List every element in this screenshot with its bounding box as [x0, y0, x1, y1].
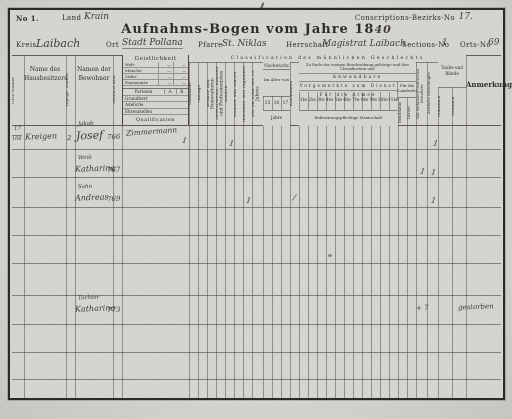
- tally-mark: 1: [245, 196, 251, 206]
- form-sheet: No 1. Land Krain Conscriptions-Bezirks-N…: [8, 8, 505, 400]
- pfarre-label: Pfarre: [198, 41, 223, 49]
- col-zusammen: Zusammen: [290, 64, 299, 123]
- taube-blinde-title: Taube und Blinde: [438, 62, 466, 88]
- topo-number: 2: [67, 134, 72, 142]
- tally-sum: + 7: [416, 304, 429, 312]
- col-maennlich: Männlich: [438, 90, 452, 123]
- resident-name: Andreas: [75, 192, 109, 202]
- parteien-table: Parteien A. B. Grundherr Adeliche Ehrens…: [123, 88, 188, 115]
- col-geburts-zeit: Geburts-Zeit: [113, 60, 122, 120]
- kreis-value: Laibach: [36, 37, 80, 50]
- col-gebrechen: Mit wirklichen Gebrechen Behaftete: [416, 64, 427, 123]
- age-class-cell: 3te: [316, 99, 325, 104]
- scanned-form-page: No 1. Land Krain Conscriptions-Bezirks-N…: [0, 0, 512, 419]
- class-col-haeusler: Häusler und Gärtler: [234, 64, 243, 123]
- resident-relation: Weib: [78, 155, 92, 161]
- resident-relation: Jakob: [78, 121, 94, 128]
- form-title-printed: Aufnahms-Bogen vom Jahre 18: [121, 22, 374, 37]
- col-bewohner: Namen der Bewohner: [75, 65, 113, 83]
- resident-relation: Tochter: [78, 295, 99, 302]
- class-col-beamte: Beamte und Honoratioren: [207, 64, 216, 123]
- geistlichkeit-row-label: Pensionirte: [123, 80, 158, 85]
- dash-value: —: [173, 68, 188, 73]
- nachwuchs-foot: Jahre: [263, 110, 290, 126]
- age-class-cell: 2te: [308, 99, 317, 104]
- tally-mark: 1: [181, 136, 187, 146]
- col-orts-numer: Orts-Numer: [12, 60, 24, 120]
- landwehr-col-diener: Diener: [407, 100, 416, 124]
- class-col-gewerbsleute: Gewerbsleute, Künstler und Professionist…: [216, 64, 225, 123]
- col-topographische-numer: Topogr. Numer: [66, 60, 75, 120]
- dash-value: —: [173, 80, 188, 85]
- sections-value: 1: [442, 38, 448, 48]
- age-class-cell: 7te: [351, 99, 360, 104]
- tally-mark: 1: [419, 167, 425, 177]
- year-cell: 16: [272, 102, 281, 107]
- armee-foot: Rekrutirungspflichtige Mannschaft: [299, 110, 398, 126]
- nachwuchs-box: Nachwuchs Im Alter von: [263, 62, 290, 96]
- orts-no-label: Orts-No: [460, 41, 491, 49]
- dash-value: —: [173, 74, 188, 79]
- dash-value: —: [158, 74, 173, 79]
- resident-number: 766: [107, 133, 121, 141]
- conscription-value: 17.: [459, 12, 473, 22]
- geistlichkeit-title: Geistlichkeit: [123, 55, 188, 62]
- armee-line2: Anwendbare: [299, 74, 416, 82]
- age-class-cell: 6te: [343, 99, 352, 104]
- year-cell: 15: [263, 102, 272, 107]
- parteien-row-label: Ehrenstellen: [123, 109, 164, 114]
- herrschaft-value: Magistrat Laibach: [322, 39, 406, 49]
- land-value: Krain: [84, 12, 109, 22]
- armee-age-classes: 1te 2te 3te 4te 5te 6te 7te 8te 9te 10te…: [299, 92, 398, 110]
- house-number-bottom: 106: [12, 135, 22, 142]
- dash-value: —: [158, 62, 173, 67]
- armee-line1: Zu Ende der vorigen Beschreibung gehörig…: [299, 62, 416, 74]
- geistlichkeit-row-label: Welt-: [123, 62, 158, 67]
- year-cell: 17: [281, 102, 290, 107]
- parteien-row-label: Grundherr: [123, 96, 164, 101]
- armee-line3: Vorgemerkte zum Dienst: [299, 82, 398, 91]
- parteien-row-label: Adeliche: [123, 102, 164, 107]
- class-col-adelige: Adelige: [198, 64, 207, 123]
- nachwuchs-mid: Im Alter von: [263, 70, 290, 82]
- orts-no-value: 69: [488, 38, 499, 48]
- age-class-cell: 9te: [369, 99, 378, 104]
- qualification-label: Qualification: [123, 117, 188, 123]
- tally-mark: 1: [430, 196, 436, 206]
- age-class-cell: 4te: [325, 99, 334, 104]
- age-class-cell: 11te: [388, 99, 398, 104]
- parteien-header: Parteien: [123, 89, 164, 94]
- conscription-label: Conscriptions-Bezirks-No: [355, 14, 455, 22]
- tally-mark: 1: [430, 168, 436, 178]
- resident-number: 769: [107, 195, 121, 203]
- dash-value: —: [158, 68, 173, 73]
- form-title-year: 40: [374, 23, 391, 36]
- col-weiblich: Weiblich: [452, 90, 466, 123]
- kreis-label: Kreis: [16, 41, 37, 49]
- form-title: Aufnahms-Bogen vom Jahre 1840: [10, 22, 503, 37]
- class-col-geistliche: Geistliche: [189, 64, 198, 123]
- class-col-inwohner: Inwohner und Taglöhner: [243, 64, 252, 123]
- resident-name: Josef: [76, 129, 104, 143]
- ort-label: Ort: [106, 41, 119, 49]
- col-b: B.: [176, 89, 188, 94]
- house-number-top: 17: [14, 126, 21, 132]
- dash-value: —: [158, 80, 173, 85]
- geistlichkeit-row: Pensionirte — —: [123, 80, 188, 86]
- ink-blot: [328, 254, 332, 257]
- owner-name: Kreigen: [25, 131, 57, 141]
- class-col-bauern: Bauern: [225, 64, 234, 123]
- nachwuchs-title: Nachwuchs: [263, 62, 290, 70]
- landwehr-col-beurlaubte: Beurlaubte: [398, 100, 407, 124]
- qualification-entry: Zimmermann: [126, 125, 178, 138]
- geistlichkeit-box: Geistlichkeit Welt- — — Mönchs- — — Stif…: [122, 55, 189, 125]
- resident-number: 773: [107, 306, 121, 314]
- resident-relation: Sohn: [78, 184, 92, 190]
- age-class-cell: 8te: [360, 99, 369, 104]
- age-class-cell: 10te: [378, 99, 388, 104]
- geistlichkeit-row-label: Mönchs-: [123, 68, 158, 73]
- geistlichkeit-row-label: Stifts-: [123, 74, 158, 79]
- nachwuchs-years: 15 16 17: [263, 96, 290, 111]
- col-befreiungen: Zeitliche Befreiungen: [427, 64, 438, 123]
- resident-number: 767: [107, 166, 121, 174]
- col-anmerkung: Anmerkung: [466, 80, 505, 89]
- age-class-cell: 1te: [299, 99, 308, 104]
- age-class-cell: 5te: [334, 99, 343, 104]
- col-hausbesitzer: Name des Hausbesitzers: [24, 65, 66, 83]
- pfarre-value: St. Niklas: [222, 39, 267, 49]
- tally-mark: /: [292, 193, 296, 202]
- col-age-19: Der bis Ende des 19. Jahres: [252, 64, 263, 123]
- remark-entry: gestorben: [458, 302, 494, 311]
- dash-value: —: [173, 62, 188, 67]
- classification-title: Classification des männlichen Geschlecht…: [189, 55, 466, 62]
- ort-value: Stadt Pollana: [122, 38, 183, 49]
- landwehr-label: Für die Landwehr: [398, 84, 416, 98]
- land-label: Land: [62, 14, 81, 22]
- col-a: A.: [164, 89, 176, 94]
